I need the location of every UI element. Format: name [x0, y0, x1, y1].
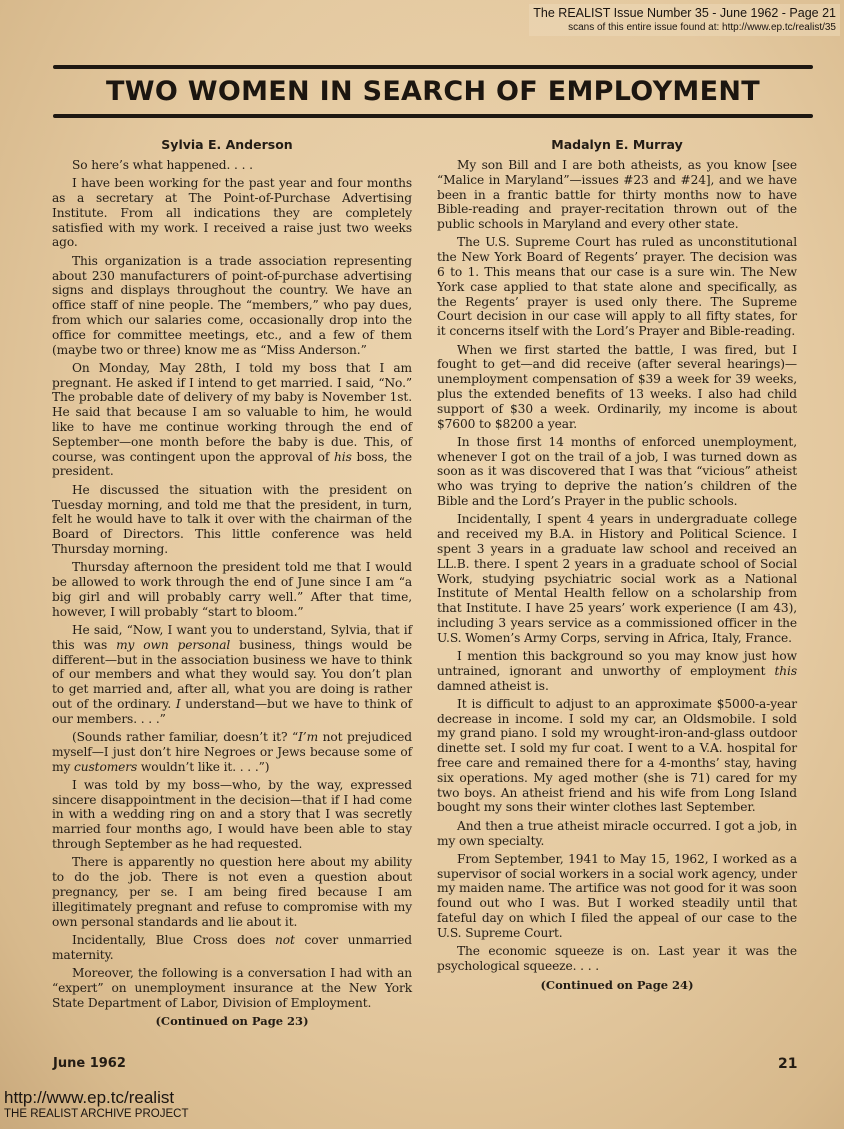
paragraph: He discussed the situation with the pres… — [52, 483, 412, 557]
paragraph: When we first started the battle, I was … — [437, 343, 797, 432]
paragraph: On Monday, May 28th, I told my boss that… — [52, 361, 412, 479]
paragraph: He said, “Now, I want you to understand,… — [52, 623, 412, 727]
article-body-left: So here’s what happened. . . .I have bee… — [52, 158, 412, 1010]
archive-header-link[interactable]: scans of this entire issue found at: htt… — [533, 21, 836, 34]
archive-header: The REALIST Issue Number 35 - June 1962 … — [529, 4, 840, 36]
paragraph: Incidentally, Blue Cross does not cover … — [52, 933, 412, 963]
paragraph: Incidentally, I spent 4 years in undergr… — [437, 512, 797, 645]
paragraph: From September, 1941 to May 15, 1962, I … — [437, 852, 797, 941]
column-right: Madalyn E. Murray My son Bill and I are … — [437, 134, 797, 992]
paragraph: My son Bill and I are both atheists, as … — [437, 158, 797, 232]
paragraph: So here’s what happened. . . . — [52, 158, 412, 173]
page-number: 21 — [778, 1056, 797, 1072]
continued-note-left: (Continued on Page 23) — [52, 1014, 412, 1028]
author-byline-right: Madalyn E. Murray — [437, 134, 797, 156]
author-byline-left: Sylvia E. Anderson — [52, 134, 412, 156]
paragraph: This organization is a trade association… — [52, 254, 412, 358]
paragraph: (Sounds rather familiar, doesn’t it? “I’… — [52, 730, 412, 774]
archive-header-title: The REALIST Issue Number 35 - June 1962 … — [533, 6, 836, 21]
paragraph: And then a true atheist miracle occurred… — [437, 819, 797, 849]
paragraph: In those first 14 months of enforced une… — [437, 435, 797, 509]
paragraph: I mention this background so you may kno… — [437, 649, 797, 693]
paragraph: I was told by my boss—who, by the way, e… — [52, 778, 412, 852]
paragraph: There is apparently no question here abo… — [52, 855, 412, 929]
paragraph: The economic squeeze is on. Last year it… — [437, 944, 797, 974]
paragraph: Thursday afternoon the president told me… — [52, 560, 412, 619]
paragraph: Moreover, the following is a conversatio… — [52, 966, 412, 1010]
archive-project-label: THE REALIST ARCHIVE PROJECT — [4, 1108, 188, 1121]
article-body-right: My son Bill and I are both atheists, as … — [437, 158, 797, 974]
archive-url-link[interactable]: http://www.ep.tc/realist — [4, 1088, 188, 1108]
column-left: Sylvia E. Anderson So here’s what happen… — [52, 134, 412, 1028]
headline-rule-bottom — [53, 114, 813, 118]
issue-date: June 1962 — [53, 1056, 126, 1071]
article-headline: TWO WOMEN IN SEARCH OF EMPLOYMENT — [53, 72, 813, 112]
archive-footer: http://www.ep.tc/realist THE REALIST ARC… — [4, 1088, 188, 1121]
paragraph: The U.S. Supreme Court has ruled as unco… — [437, 235, 797, 339]
headline-rule-top — [53, 65, 813, 69]
continued-note-right: (Continued on Page 24) — [437, 978, 797, 992]
paragraph: I have been working for the past year an… — [52, 176, 412, 250]
paragraph: It is difficult to adjust to an approxim… — [437, 697, 797, 815]
